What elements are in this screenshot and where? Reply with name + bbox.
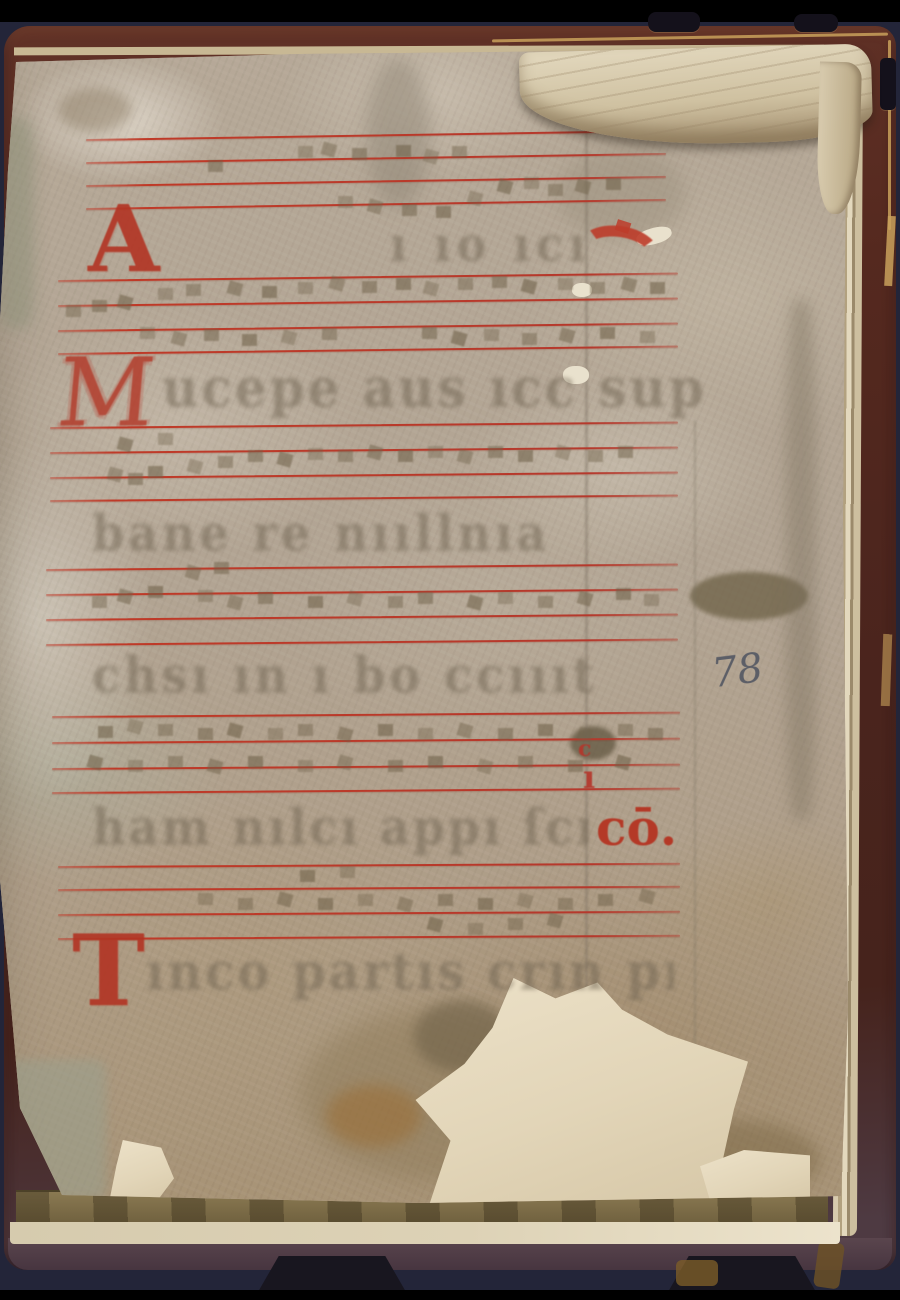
- neume: [140, 327, 155, 339]
- neume: [554, 444, 571, 460]
- neume: [128, 473, 143, 485]
- neume: [126, 718, 143, 734]
- neume: [226, 722, 243, 738]
- neume: [398, 450, 413, 462]
- neume: [378, 724, 393, 736]
- neume: [498, 592, 513, 604]
- neume: [466, 190, 483, 206]
- neume: [308, 596, 323, 608]
- neume: [300, 870, 315, 882]
- neume: [484, 329, 499, 341]
- neume: [518, 756, 533, 768]
- neume: [198, 893, 213, 905]
- neume: [428, 446, 443, 458]
- neume: [98, 726, 113, 738]
- neume: [452, 146, 467, 158]
- staff-line: [50, 472, 678, 479]
- neume: [262, 286, 277, 298]
- rubric-abbreviation: cō.: [596, 798, 677, 857]
- neume: [148, 586, 163, 598]
- neume: [308, 448, 323, 460]
- neume: [276, 891, 293, 907]
- neume: [396, 896, 413, 912]
- neume: [268, 728, 283, 740]
- faded-text-line: ı ıo ıcı: [390, 218, 640, 273]
- staff-line: [46, 563, 678, 571]
- neume: [546, 912, 563, 928]
- neume: [492, 276, 507, 288]
- neume: [568, 760, 583, 772]
- neume: [238, 898, 253, 910]
- neume: [396, 278, 411, 290]
- neume: [226, 594, 243, 610]
- neume: [548, 184, 563, 196]
- staff-line: [86, 130, 666, 141]
- neume: [336, 754, 353, 770]
- neume: [458, 278, 473, 290]
- faded-text-line: ınco partıs crın pıılchra: [146, 942, 674, 1002]
- neume: [388, 596, 403, 608]
- neume: [242, 334, 257, 346]
- neume: [538, 724, 553, 736]
- neume: [128, 760, 143, 772]
- neume: [298, 282, 313, 294]
- letterbox-bottom: [0, 1290, 900, 1300]
- neume: [576, 590, 593, 606]
- neume: [208, 160, 223, 172]
- neume: [520, 278, 537, 294]
- neume: [248, 450, 263, 462]
- neume: [498, 728, 513, 740]
- neume: [640, 331, 655, 343]
- neume: [618, 446, 633, 458]
- neume: [298, 146, 313, 158]
- neume: [396, 145, 411, 157]
- neume: [648, 728, 663, 740]
- neume: [276, 451, 293, 467]
- neume: [92, 300, 107, 312]
- neume: [606, 178, 621, 190]
- neume: [590, 282, 605, 294]
- book-foot: [258, 1256, 406, 1292]
- neume: [214, 562, 229, 574]
- neume: [320, 141, 337, 157]
- faded-text-line: ucepe aus ıcc sup: [162, 356, 708, 420]
- staff-line: [58, 911, 680, 916]
- neume: [106, 466, 123, 482]
- neume: [346, 590, 363, 606]
- neume: [198, 728, 213, 740]
- neume: [148, 466, 163, 478]
- neume: [366, 444, 383, 460]
- neume: [170, 330, 187, 346]
- neume: [558, 278, 573, 290]
- neume: [422, 148, 439, 164]
- neume: [248, 756, 263, 768]
- neume: [516, 892, 533, 908]
- neume: [650, 282, 665, 294]
- manuscript-photograph: c ı cō. 78 AMTı ıo ıcıucepe aus ıcc supb…: [0, 0, 900, 1300]
- folio-number: 78: [709, 645, 765, 697]
- neume: [218, 456, 233, 468]
- staff-line: [58, 886, 680, 891]
- neume: [478, 898, 493, 910]
- binding-stud-icon: [648, 12, 700, 32]
- neume: [366, 198, 383, 214]
- neume: [338, 196, 353, 208]
- neume: [600, 327, 615, 339]
- neume: [616, 588, 631, 600]
- faded-text-line: bane re nııllnıa: [92, 504, 672, 562]
- neume: [428, 756, 443, 768]
- neume: [614, 754, 631, 770]
- neume: [198, 590, 213, 602]
- neume: [322, 328, 337, 340]
- staff-line: [50, 495, 678, 502]
- neume: [158, 724, 173, 736]
- neume: [280, 329, 297, 345]
- neume: [186, 458, 203, 474]
- staff-line: [46, 613, 678, 621]
- illuminated-initial: T: [72, 928, 145, 1016]
- neume: [574, 178, 591, 194]
- neume: [538, 596, 553, 608]
- neume: [116, 294, 133, 310]
- neume: [362, 281, 377, 293]
- neume: [508, 918, 523, 930]
- neume: [66, 305, 81, 317]
- neume: [436, 206, 451, 218]
- faded-text-line: ham nılcı appı ſcı: [92, 798, 588, 856]
- neume: [558, 327, 575, 343]
- neume: [418, 592, 433, 604]
- neume: [186, 284, 201, 296]
- parchment-page: c ı cō. 78 AMTı ıo ıcıucepe aus ıcc supb…: [0, 0, 900, 1300]
- neume: [352, 148, 367, 160]
- clasp-hardware-icon: [676, 1260, 718, 1286]
- neume: [158, 288, 173, 300]
- neume: [402, 204, 417, 216]
- neume: [620, 276, 637, 292]
- neume: [468, 923, 483, 935]
- neume: [496, 178, 513, 194]
- neume: [338, 450, 353, 462]
- neume: [450, 330, 467, 346]
- illuminated-initial: A: [88, 198, 159, 281]
- neume: [466, 594, 483, 610]
- neume: [328, 275, 345, 291]
- neume: [340, 866, 355, 878]
- illuminated-initial: M: [54, 352, 158, 437]
- neume: [298, 724, 313, 736]
- staff-line: [52, 712, 680, 718]
- neume: [456, 722, 473, 738]
- neume: [206, 758, 223, 774]
- neume: [258, 592, 273, 604]
- neume: [92, 596, 107, 608]
- manuscript-content-layer: c ı cō. 78 AMTı ıo ıcıucepe aus ıcc supb…: [0, 0, 900, 1300]
- neume: [358, 894, 373, 906]
- neume: [518, 450, 533, 462]
- neume: [422, 327, 437, 339]
- neume: [298, 760, 313, 772]
- staff-line: [86, 153, 666, 164]
- neume: [116, 588, 133, 604]
- binding-stud-icon: [880, 58, 896, 110]
- neume: [618, 724, 633, 736]
- neume: [168, 756, 183, 768]
- staff-line: [58, 297, 678, 307]
- neume: [426, 916, 443, 932]
- neume: [184, 564, 201, 580]
- neume: [418, 728, 433, 740]
- neume: [638, 888, 655, 904]
- faded-text-line: chsı ın ı bo ccıııt: [92, 646, 672, 704]
- neume: [204, 329, 219, 341]
- neume: [644, 594, 659, 606]
- neume: [422, 280, 439, 296]
- neume: [158, 433, 173, 445]
- neume: [588, 450, 603, 462]
- neume: [388, 760, 403, 772]
- neume: [318, 898, 333, 910]
- page-stack-bottom-cream-edge: [10, 1222, 840, 1244]
- neume: [456, 448, 473, 464]
- binding-stud-icon: [794, 14, 838, 32]
- staff-line: [58, 935, 680, 940]
- neume: [558, 898, 573, 910]
- neume: [488, 446, 503, 458]
- neume: [524, 177, 539, 189]
- neume: [476, 758, 493, 774]
- staff-line: [58, 863, 680, 868]
- neume: [226, 280, 243, 296]
- neume: [438, 894, 453, 906]
- neume: [522, 333, 537, 345]
- neume: [598, 894, 613, 906]
